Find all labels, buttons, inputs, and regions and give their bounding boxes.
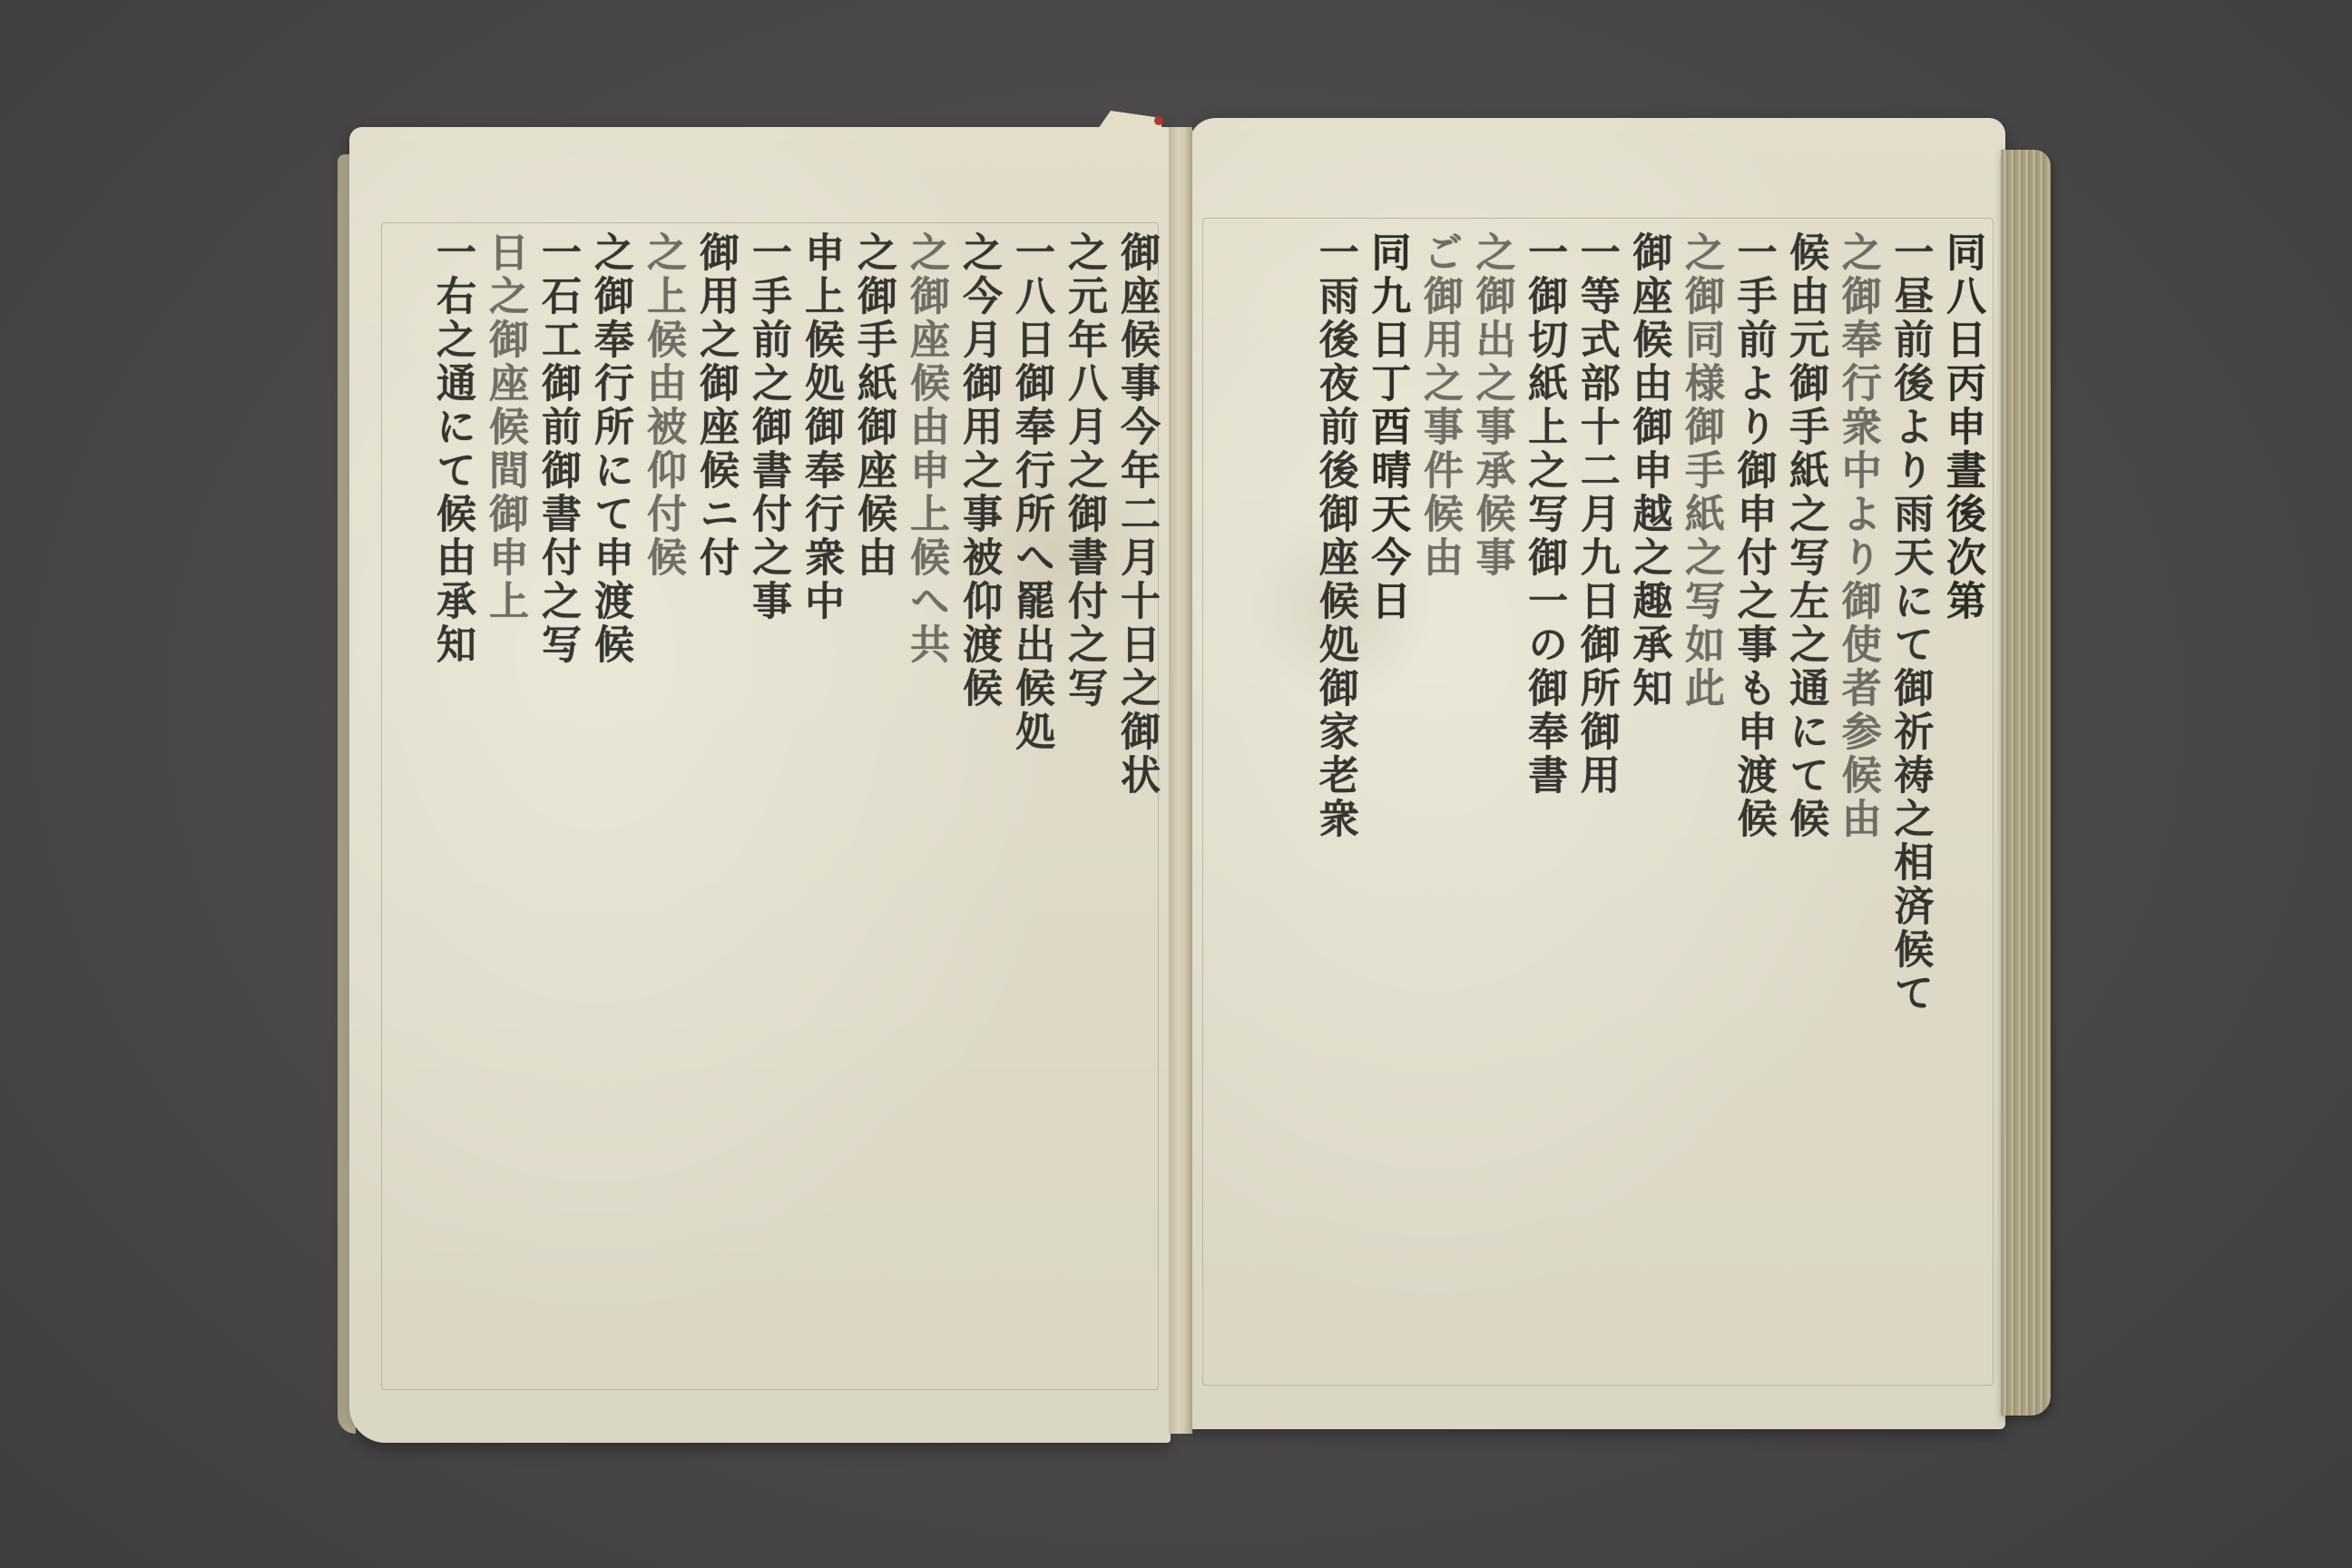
text-column: 一手前より御申付之事も申渡候 bbox=[1730, 231, 1779, 1393]
open-manuscript-book: 同八日丙申晝後次第 一昼前後より雨天にて御祈祷之相済候て 之御奉行衆中より御使者… bbox=[0, 0, 2352, 1568]
text-column: 之御同様御手紙之写如此 bbox=[1677, 231, 1726, 1393]
left-page-text: 御座候事今年二月十日之御状 之元年八月之御書付之写 一八日御奉行所へ罷出候処 之… bbox=[358, 231, 1161, 1393]
bookmark-red-mark bbox=[1154, 116, 1163, 125]
bookmark-tab bbox=[1098, 111, 1161, 129]
text-column: 申上候処御奉行衆中 bbox=[795, 231, 846, 1393]
text-column: 御用之御座候ニ付 bbox=[690, 231, 740, 1393]
text-column: 之御奉行所にて申渡候 bbox=[584, 231, 635, 1393]
text-column: 御座候事今年二月十日之御状 bbox=[1111, 231, 1161, 1393]
text-column: 之御出之事承候事 bbox=[1468, 231, 1517, 1393]
right-page-text: 同八日丙申晝後次第 一昼前後より雨天にて御祈祷之相済候て 之御奉行衆中より御使者… bbox=[1311, 231, 1987, 1393]
book-gutter bbox=[1169, 127, 1192, 1434]
text-column: 一右之通にて候由承知 bbox=[426, 231, 477, 1393]
text-column: 御座候由御申越之趣承知 bbox=[1625, 231, 1674, 1393]
text-column: 候由元御手紙之写左之通にて候 bbox=[1782, 231, 1831, 1393]
text-column: 之今月御用之事被仰渡候 bbox=[953, 231, 1004, 1393]
text-column: 之元年八月之御書付之写 bbox=[1058, 231, 1109, 1393]
text-column: 一八日御奉行所へ罷出候処 bbox=[1005, 231, 1056, 1393]
text-column: 一等式部十二月九日御所御用 bbox=[1573, 231, 1622, 1393]
text-column: 一昼前後より雨天にて御祈祷之相済候て bbox=[1886, 231, 1935, 1393]
text-column: 之御座候由申上候へ共 bbox=[900, 231, 951, 1393]
text-column: 一御切紙上之写御一の御奉書 bbox=[1521, 231, 1570, 1393]
text-column: ご御用之事件候由 bbox=[1416, 231, 1465, 1393]
text-column: 同八日丙申晝後次第 bbox=[1938, 231, 1987, 1393]
text-column: 一石工御前御書付之写 bbox=[532, 231, 583, 1393]
text-column: 之御奉行衆中より御使者参候由 bbox=[1834, 231, 1883, 1393]
text-column: 同九日丁酉晴天今日 bbox=[1364, 231, 1413, 1393]
text-column: 日之御座候間御申上 bbox=[479, 231, 530, 1393]
text-column: 之御手紙御座候由 bbox=[848, 231, 898, 1393]
text-column: 之上候由被仰付候 bbox=[637, 231, 688, 1393]
text-column: 一手前之御書付之事 bbox=[742, 231, 793, 1393]
text-column: 一雨後夜前後御座候処御家老衆 bbox=[1311, 231, 1360, 1393]
right-page-stack-edge bbox=[2001, 150, 2051, 1416]
